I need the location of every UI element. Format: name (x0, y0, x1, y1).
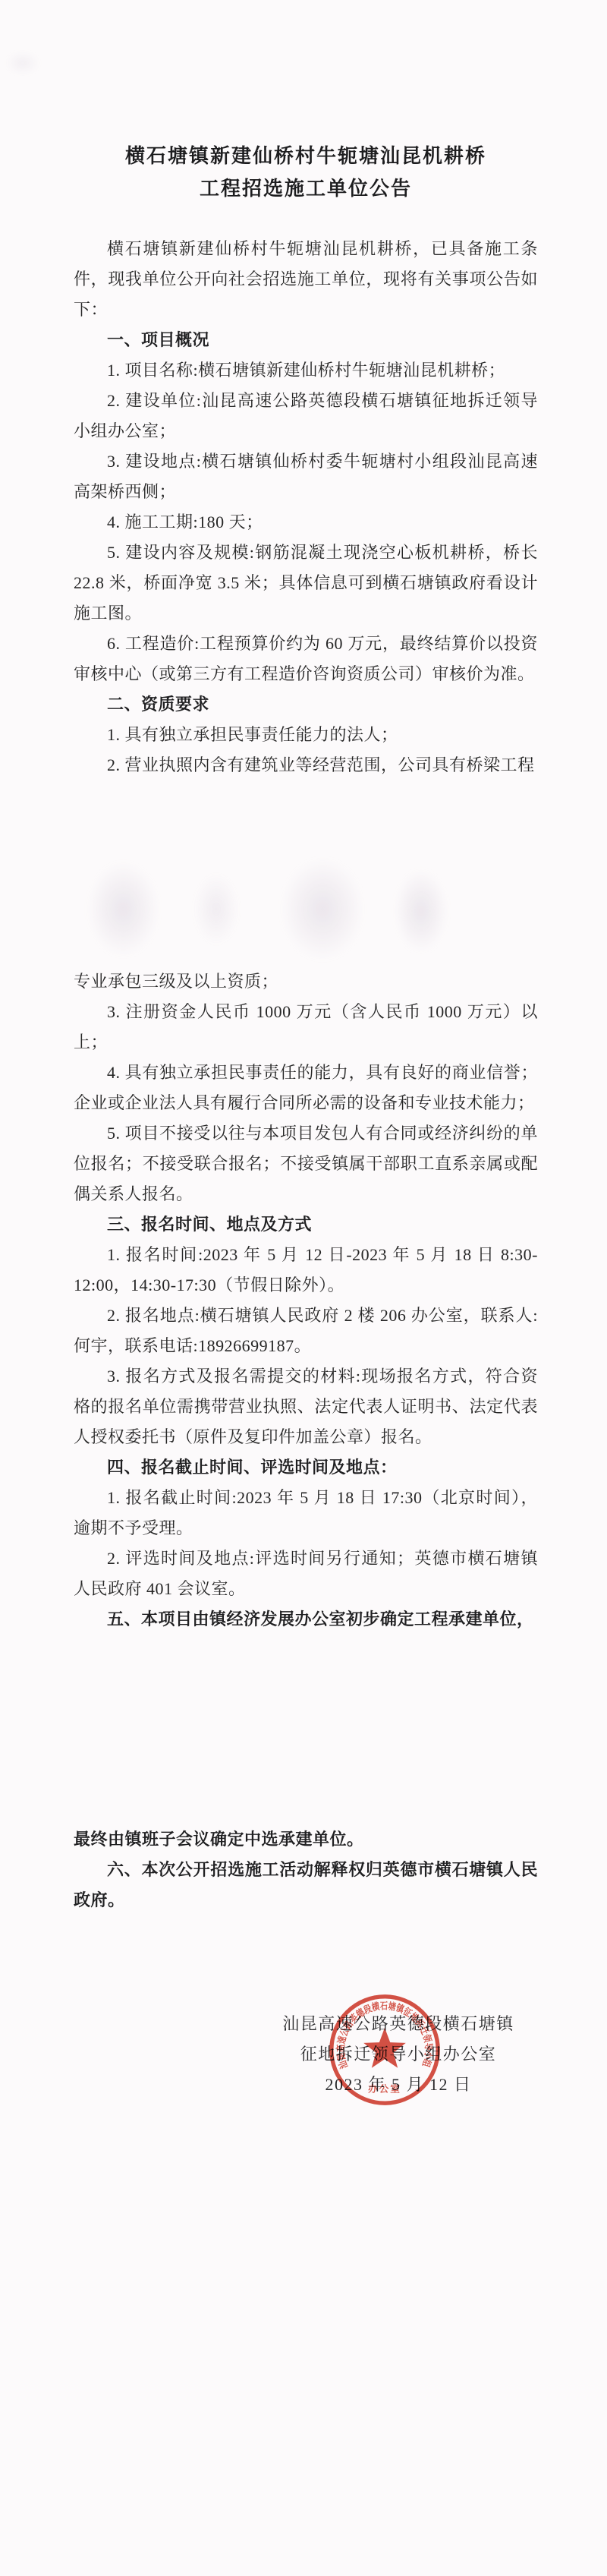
section-2-item-2-part-2: 专业承包三级及以上资质； (74, 966, 538, 997)
section-2-item-5: 5. 项目不接受以往与本项目发包人有合同或经济纠纷的单位报名；不接受联合报名；不… (74, 1118, 538, 1209)
document-title-line-1: 横石塘镇新建仙桥村牛轭塘汕昆机耕桥 (74, 140, 538, 172)
section-1-item-5: 5. 建设内容及规模:钢筋混凝土现浇空心板机耕桥，桥长 22.8 米，桥面净宽 … (74, 538, 538, 629)
scan-smudge (6, 52, 39, 74)
bleed-through-mark (281, 858, 364, 960)
section-5-part-2: 最终由镇班子会议确定中选承建单位。 (74, 1824, 538, 1855)
section-4-heading: 四、报名截止时间、评选时间及地点： (74, 1452, 538, 1483)
bleed-through-mark (87, 862, 159, 957)
section-2-heading: 二、资质要求 (74, 689, 538, 720)
section-6-paragraph: 六、本次公开招选施工活动解释权归英德市横石塘镇人民政府。 (74, 1855, 538, 1915)
section-3-item-2: 2. 报名地点:横石塘镇人民政府 2 楼 206 办公室，联系人:何宇，联系电话… (74, 1301, 538, 1361)
section-3-item-1: 1. 报名时间:2023 年 5 月 12 日-2023 年 5 月 18 日 … (74, 1240, 538, 1301)
section-1-item-4: 4. 施工工期:180 天； (74, 507, 538, 538)
seal-bottom-text: 办公室 (368, 2083, 401, 2095)
body-block-2: 专业承包三级及以上资质； 3. 注册资金人民币 1000 万元（含人民币 100… (74, 966, 538, 1635)
section-4-item-2: 2. 评选时间及地点:评选时间另行通知；英德市横石塘镇人民政府 401 会议室。 (74, 1543, 538, 1604)
section-1-heading: 一、项目概况 (74, 325, 538, 355)
bleed-through-mark (395, 869, 448, 953)
section-1-item-2: 2. 建设单位:汕昆高速公路英德段横石塘镇征地拆迁领导小组办公室； (74, 386, 538, 446)
section-2-item-1: 1. 具有独立承担民事责任能力的法人； (74, 720, 538, 750)
bleed-through-mark (193, 873, 239, 945)
star-icon (363, 2028, 406, 2068)
intro-paragraph: 横石塘镇新建仙桥村牛轭塘汕昆机耕桥，已具备施工条件，现我单位公开向社会招选施工单… (74, 234, 538, 325)
document-title: 横石塘镇新建仙桥村牛轭塘汕昆机耕桥 工程招选施工单位公告 (74, 140, 538, 205)
section-2-item-4: 4. 具有独立承担民事责任的能力，具有良好的商业信誉；企业或企业法人具有履行合同… (74, 1058, 538, 1118)
section-3-item-3: 3. 报名方式及报名需提交的材料:现场报名方式，符合资格的报名单位需携带营业执照… (74, 1361, 538, 1452)
section-1-item-6: 6. 工程造价:工程预算价约为 60 万元，最终结算价以投资审核中心（或第三方有… (74, 629, 538, 689)
section-2-item-2-part-1: 2. 营业执照内含有建筑业等经营范围，公司具有桥梁工程 (74, 750, 538, 780)
body-block-3: 最终由镇班子会议确定中选承建单位。 六、本次公开招选施工活动解释权归英德市横石塘… (74, 1824, 538, 1915)
section-2-item-3: 3. 注册资金人民币 1000 万元（含人民币 1000 万元）以上； (74, 997, 538, 1058)
announcement-document-page: 横石塘镇新建仙桥村牛轭塘汕昆机耕桥 工程招选施工单位公告 横石塘镇新建仙桥村牛轭… (0, 0, 607, 2576)
official-seal: 汕昆高速公路英德段横石塘镇征地拆迁领导小组 办公室 (326, 1991, 444, 2109)
document-title-line-2: 工程招选施工单位公告 (74, 172, 538, 205)
section-1-item-3: 3. 建设地点:横石塘镇仙桥村委牛轭塘村小组段汕昆高速高架桥西侧； (74, 446, 538, 507)
body-block-1: 横石塘镇新建仙桥村牛轭塘汕昆机耕桥，已具备施工条件，现我单位公开向社会招选施工单… (74, 234, 538, 780)
section-5-part-1: 五、本项目由镇经济发展办公室初步确定工程承建单位， (74, 1604, 538, 1635)
section-1-item-1: 1. 项目名称:横石塘镇新建仙桥村牛轭塘汕昆机耕桥； (74, 355, 538, 386)
section-3-heading: 三、报名时间、地点及方式 (74, 1209, 538, 1240)
section-4-item-1: 1. 报名截止时间:2023 年 5 月 18 日 17:30（北京时间），逾期… (74, 1483, 538, 1543)
